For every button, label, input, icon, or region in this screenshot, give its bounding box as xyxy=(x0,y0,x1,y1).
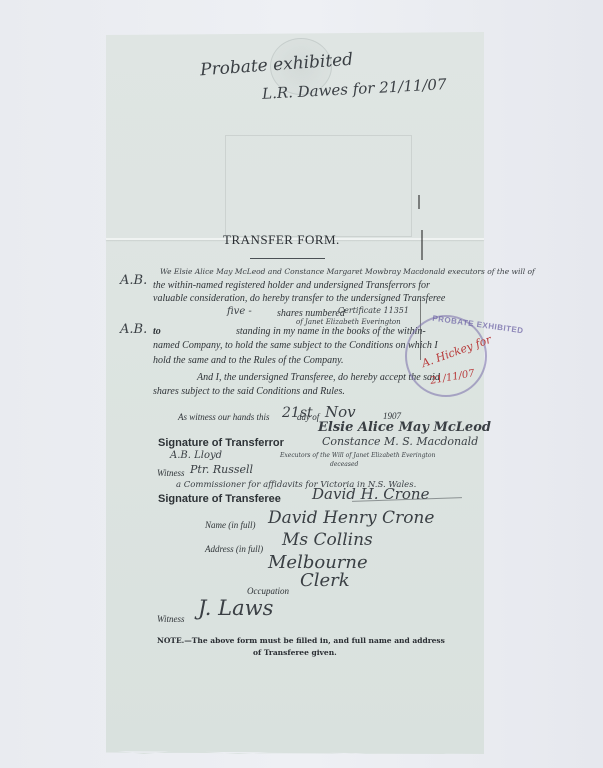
margin-initials: A.B. xyxy=(120,322,147,337)
form-note-line-2: of Transferee given. xyxy=(253,648,337,657)
faded-back-page-table xyxy=(225,135,412,237)
transferee-witness-label: Witness xyxy=(157,614,185,624)
shares-count: five - xyxy=(227,306,252,317)
transferor-signature-1: Elsie Alice May McLeod xyxy=(318,420,491,435)
witness-date-prefix: As witness our hands this xyxy=(178,412,270,422)
witness-initials: A.B. Lloyd xyxy=(170,450,222,461)
title-divider xyxy=(250,258,325,259)
transferor-witness-label: Witness xyxy=(157,468,185,478)
transferee-witness-signature: J. Laws xyxy=(198,596,273,620)
executors-note-deceased: deceased xyxy=(330,461,358,468)
body-line-2: valuable consideration, do hereby transf… xyxy=(153,293,445,304)
transferors-names: We Elsie Alice May McLeod and Constance … xyxy=(160,267,535,276)
certificate-number: Certificate 11351 xyxy=(338,306,409,315)
estate-name: of Janet Elizabeth Everington xyxy=(296,318,401,326)
transferee-occupation: Clerk xyxy=(300,570,350,591)
body-line-8: shares subject to the said Conditions an… xyxy=(153,386,345,397)
body-line-7: And I, the undersigned Transferee, do he… xyxy=(197,372,440,383)
body-line-6: hold the same and to the Rules of the Co… xyxy=(153,355,344,366)
transferee-signature-label: Signature of Transferee xyxy=(158,493,281,505)
date-month: Nov xyxy=(325,403,356,421)
address-label: Address (in full) xyxy=(205,544,263,554)
name-label: Name (in full) xyxy=(205,520,256,530)
executors-note: Executors of the Will of Janet Elizabeth… xyxy=(280,452,435,459)
transferor-witness-name: Ptr. Russell xyxy=(190,463,253,476)
occupation-label: Occupation xyxy=(247,586,289,596)
body-line-1: the within-named registered holder and u… xyxy=(153,280,430,291)
form-title: TRANSFER FORM. xyxy=(223,232,340,248)
perforation-mark xyxy=(418,195,420,209)
body-line-4: standing in my name in the books of the … xyxy=(236,326,426,337)
margin-initials: A.B. xyxy=(120,273,147,288)
day-of-label: day of xyxy=(297,412,319,422)
body-line-5: named Company, to hold the same subject … xyxy=(153,340,438,351)
perforation-mark xyxy=(421,230,423,260)
transferee-full-name: David Henry Crone xyxy=(268,508,434,528)
transferor-signature-label: Signature of Transferror xyxy=(158,437,284,449)
transferee-address-line-1: Ms Collins xyxy=(282,530,373,550)
to-label: to xyxy=(153,326,161,337)
form-note-line-1: NOTE.—The above form must be filled in, … xyxy=(157,636,445,645)
transferor-signature-2: Constance M. S. Macdonald xyxy=(322,435,478,448)
